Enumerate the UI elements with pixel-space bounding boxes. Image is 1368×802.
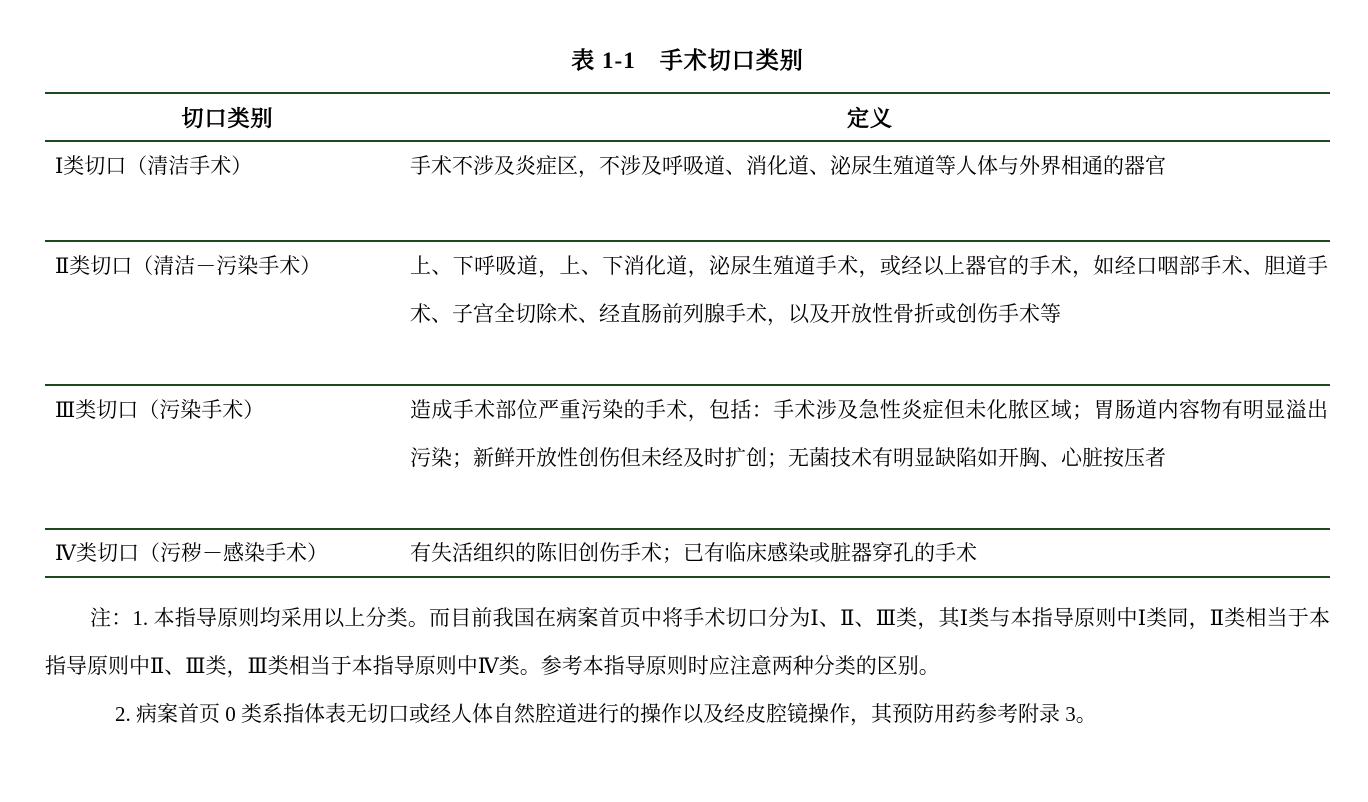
category-cell: Ⅰ类切口（清洁手术） — [45, 141, 410, 241]
table-header-row: 切口类别 定义 — [45, 93, 1330, 141]
incision-category-table: 切口类别 定义 Ⅰ类切口（清洁手术） 手术不涉及炎症区，不涉及呼吸道、消化道、泌… — [45, 92, 1330, 578]
category-cell: Ⅱ类切口（清洁－污染手术） — [45, 241, 410, 385]
category-cell: Ⅲ类切口（污染手术） — [45, 385, 410, 529]
note-2: 2. 病案首页 0 类系指体表无切口或经人体自然腔道进行的操作以及经皮腔镜操作，… — [45, 690, 1330, 738]
table-title: 表 1-1 手术切口类别 — [45, 0, 1330, 70]
document-page: 表 1-1 手术切口类别 切口类别 定义 Ⅰ类切口（清洁手术） 手术不涉及炎症区… — [0, 0, 1368, 802]
table-row: Ⅱ类切口（清洁－污染手术） 上、下呼吸道，上、下消化道，泌尿生殖道手术，或经以上… — [45, 241, 1330, 385]
table-header-definition: 定义 — [410, 93, 1330, 141]
definition-cell: 手术不涉及炎症区，不涉及呼吸道、消化道、泌尿生殖道等人体与外界相通的器官 — [410, 141, 1330, 241]
category-cell: Ⅳ类切口（污秽－感染手术） — [45, 529, 410, 577]
table-row: Ⅳ类切口（污秽－感染手术） 有失活组织的陈旧创伤手术；已有临床感染或脏器穿孔的手… — [45, 529, 1330, 577]
definition-cell: 造成手术部位严重污染的手术，包括：手术涉及急性炎症但未化脓区域；胃肠道内容物有明… — [410, 385, 1330, 529]
table-header-category: 切口类别 — [45, 93, 410, 141]
note-1: 注：1. 本指导原则均采用以上分类。而目前我国在病案首页中将手术切口分为Ⅰ、Ⅱ、… — [45, 594, 1330, 690]
table-row: Ⅰ类切口（清洁手术） 手术不涉及炎症区，不涉及呼吸道、消化道、泌尿生殖道等人体与… — [45, 141, 1330, 241]
definition-cell: 有失活组织的陈旧创伤手术；已有临床感染或脏器穿孔的手术 — [410, 529, 1330, 577]
table-row: Ⅲ类切口（污染手术） 造成手术部位严重污染的手术，包括：手术涉及急性炎症但未化脓… — [45, 385, 1330, 529]
notes-section: 注：1. 本指导原则均采用以上分类。而目前我国在病案首页中将手术切口分为Ⅰ、Ⅱ、… — [45, 594, 1330, 738]
definition-cell: 上、下呼吸道，上、下消化道，泌尿生殖道手术，或经以上器官的手术，如经口咽部手术、… — [410, 241, 1330, 385]
